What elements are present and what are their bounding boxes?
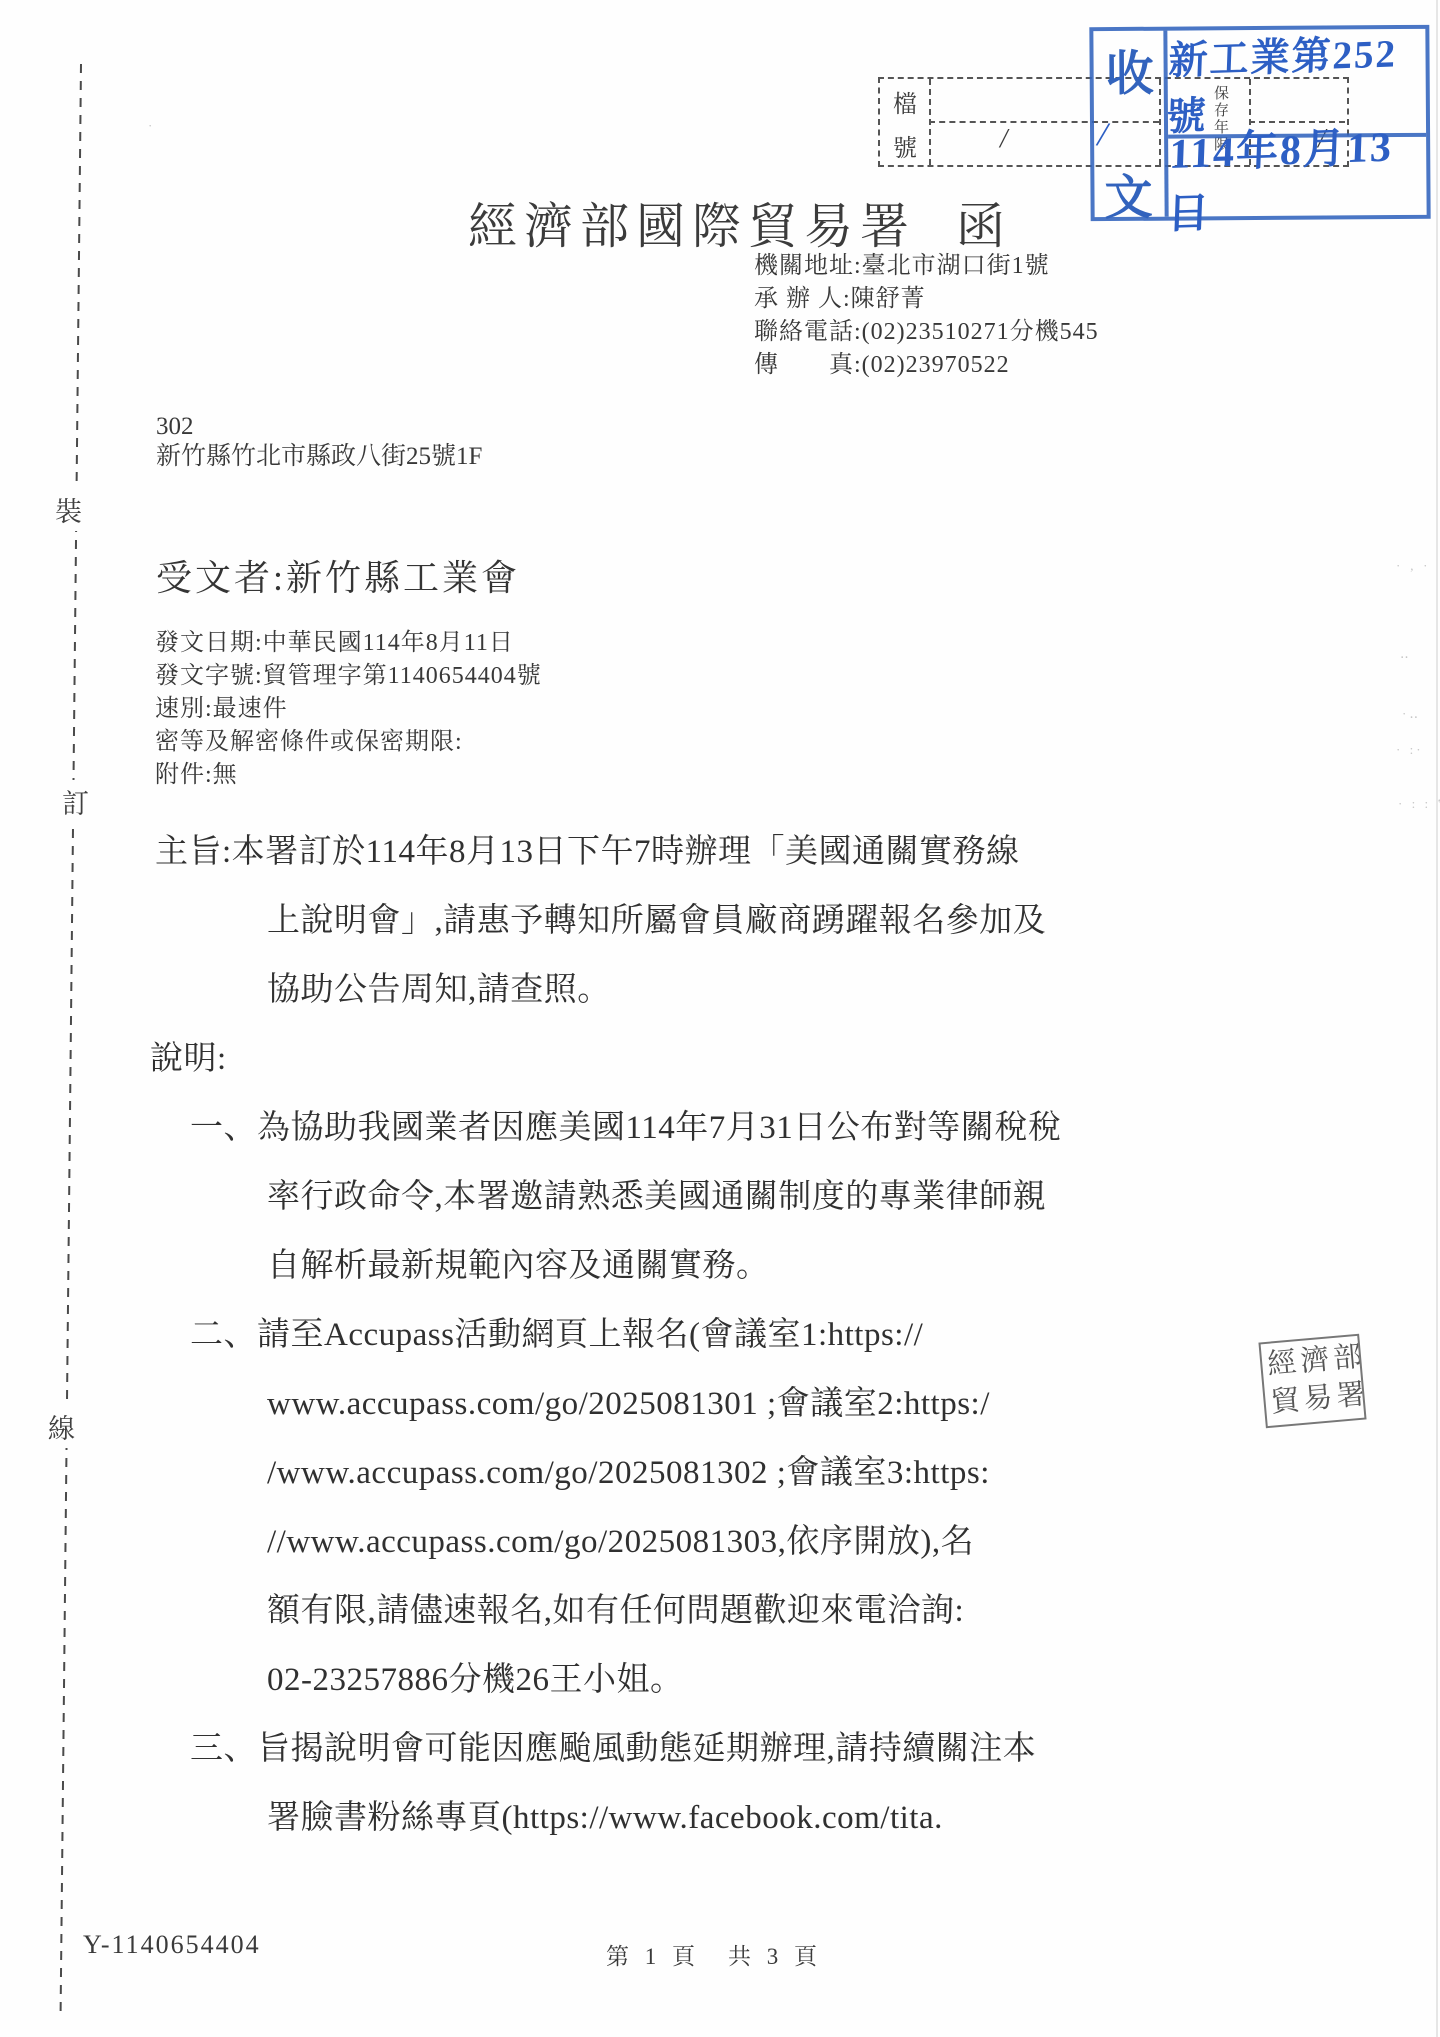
receipt-date-row: 114年8月13日 bbox=[1168, 137, 1427, 217]
document-type: 函 bbox=[956, 188, 1012, 258]
explanation-item-2-url: //www.accupass.com/go/2025081303,依序開放),名 bbox=[150, 1508, 1160, 1577]
scan-artifact: ·‥ bbox=[1402, 706, 1421, 722]
subject-line: 主旨:本署訂於114年8月13日下午7時辦理「美國通關實務線 bbox=[150, 818, 1160, 887]
scan-artifact: · bbox=[148, 118, 155, 134]
explanation-item-2-url: /www.accupass.com/go/2025081302 ;會議室3:ht… bbox=[150, 1439, 1160, 1508]
receipt-date-handwriting: 114年8月13日 bbox=[1166, 112, 1428, 241]
letter-body: 主旨:本署訂於114年8月13日下午7時辦理「美國通關實務線 上說明會」,請惠予… bbox=[150, 818, 1160, 1853]
document-metadata-block: 發文日期:中華民國114年8月11日 發文字號:貿管理字第1140654404號… bbox=[155, 627, 542, 792]
explanation-item-1: 一、為協助我國業者因應美國114年7月31日公布對等關稅稅 bbox=[150, 1094, 1160, 1163]
classification-line: 密等及解密條件或保密期限: bbox=[155, 726, 542, 759]
issuing-agency: 經濟部國際貿易署 bbox=[468, 188, 916, 258]
receipt-stamp-left-column: 收 / 文 bbox=[1093, 31, 1168, 218]
number-label: 號 bbox=[893, 128, 917, 163]
explanation-heading: 說明: bbox=[150, 1025, 1160, 1094]
subject-line: 協助公告周知,請查照。 bbox=[150, 956, 1160, 1025]
scan-edge-shadow bbox=[1436, 0, 1438, 2037]
recipient-line: 受文者:新竹縣工業會 bbox=[156, 550, 520, 601]
binding-char-xian: 線 bbox=[48, 1405, 75, 1448]
agency-seal-line2: 貿易署 bbox=[1269, 1376, 1364, 1422]
attachment-line: 附件:無 bbox=[155, 759, 542, 792]
binding-char-ding: 訂 bbox=[62, 780, 89, 823]
footer-page-indicator: 第 1 頁 共 3 頁 bbox=[606, 1938, 822, 1971]
reference-number-line: 發文字號:貿管理字第1140654404號 bbox=[155, 660, 542, 693]
scan-artifact: ‥ bbox=[1400, 646, 1412, 662]
contact-fax-line: 傳 真:(02)23970522 bbox=[754, 349, 1099, 382]
explanation-item-2: 02-23257886分機26王小姐。 bbox=[150, 1646, 1160, 1715]
file-label: 檔 bbox=[893, 84, 917, 119]
contact-phone-line: 聯絡電話:(02)23510271分機545 bbox=[754, 316, 1099, 349]
binding-dashed-line bbox=[60, 64, 82, 2012]
explanation-item-1: 自解析最新規範內容及通關實務。 bbox=[150, 1232, 1160, 1301]
receipt-slash: / bbox=[1094, 113, 1112, 156]
scan-artifact: · :· bbox=[1396, 742, 1424, 758]
issue-date-line: 發文日期:中華民國114年8月11日 bbox=[155, 627, 542, 660]
file-number-slash: / bbox=[1000, 123, 1008, 154]
footer-document-number: Y-1140654404 bbox=[83, 1930, 261, 1960]
receipt-char-wen: 文 bbox=[1104, 159, 1152, 228]
explanation-item-1: 率行政命令,本署邀請熟悉美國通關制度的專業律師親 bbox=[150, 1163, 1160, 1232]
contact-person-line: 承 辦 人:陳舒菁 bbox=[754, 283, 1099, 316]
subject-line: 上說明會」,請惠予轉知所屬會員廠商踴躍報名參加及 bbox=[150, 887, 1160, 956]
document-title: 經濟部國際貿易署 函 bbox=[468, 188, 1012, 258]
agency-address-line: 機關地址:臺北市湖口街1號 bbox=[754, 250, 1099, 283]
postal-code: 302 bbox=[156, 412, 482, 442]
explanation-item-2: 二、請至Accupass活動網頁上報名(會議室1:https:// bbox=[150, 1301, 1160, 1370]
scan-artifact: · : : ‛ bbox=[1398, 796, 1440, 812]
contact-info-block: 機關地址:臺北市湖口街1號 承 辦 人:陳舒菁 聯絡電話:(02)2351027… bbox=[754, 250, 1099, 382]
binding-char-zhuang: 裝 bbox=[55, 488, 82, 531]
explanation-item-3: 三、旨揭說明會可能因應颱風動態延期辦理,請持續關注本 bbox=[150, 1715, 1160, 1784]
addressee-street-address: 新竹縣竹北市縣政八街25號1F bbox=[156, 442, 482, 472]
addressee-address-block: 302 新竹縣竹北市縣政八街25號1F bbox=[156, 412, 482, 472]
explanation-item-2: 額有限,請儘速報名,如有任何問題歡迎來電洽詢: bbox=[150, 1577, 1160, 1646]
receipt-stamp-body: 新工業第252號 114年8月13日 bbox=[1167, 29, 1426, 217]
explanation-item-3-url: 署臉書粉絲專頁(https://www.facebook.com/tita. bbox=[150, 1784, 1160, 1853]
receipt-char-shou: 收 bbox=[1105, 35, 1153, 104]
receipt-stamp: 收 / 文 新工業第252號 114年8月13日 bbox=[1089, 25, 1430, 221]
agency-seal-stamp: 經濟部 貿易署 bbox=[1258, 1334, 1366, 1428]
scan-artifact: · ‚ · bbox=[1396, 558, 1431, 574]
explanation-item-2-url: www.accupass.com/go/2025081301 ;會議室2:htt… bbox=[150, 1370, 1160, 1439]
priority-line: 速別:最速件 bbox=[155, 693, 542, 726]
